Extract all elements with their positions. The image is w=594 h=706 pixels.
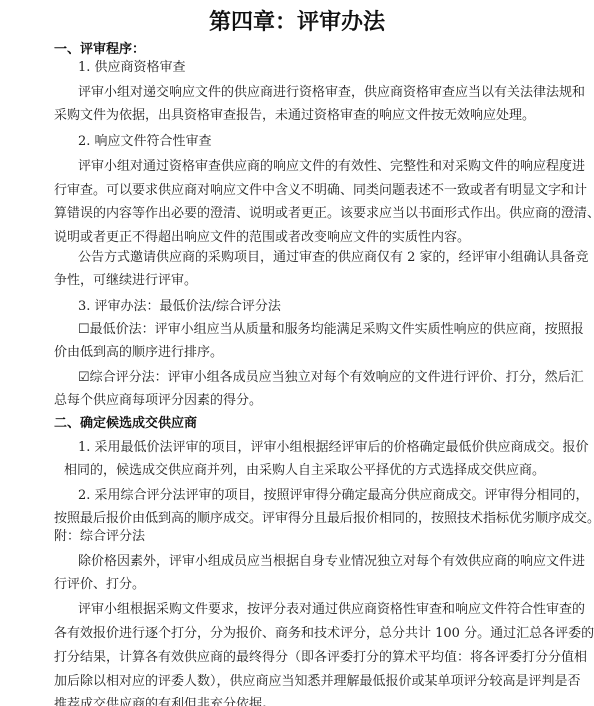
text-line: 3. 评审办法：最低价法/综合评分法 <box>78 299 281 315</box>
text-line: 价由低到高的顺序进行排序。 <box>54 345 223 361</box>
text-line: 算错误的内容等作出必要的澄清、说明或者更正。该要求应当以书面形式作出。供应商的澄… <box>54 206 530 222</box>
text-line: 2. 响应文件符合性审查 <box>78 134 212 150</box>
text-line: 说明或者更正不得超出响应文件的范围或者改变响应文件的实质性内容。 <box>54 230 470 246</box>
text-line: 除价格因素外，评审小组成员应当根据自身专业情况独立对每个有效供应商的响应文件进 <box>78 554 530 570</box>
text-line: 各有效报价进行逐个打分，分为报价、商务和技术评分，总分共计 100 分。通过汇总… <box>54 626 530 642</box>
text-line: 评审小组对递交响应文件的供应商进行资格审查，供应商资格审查应当以有关法律法规和 <box>78 85 530 101</box>
text-line: 评审小组根据采购文件要求，按评分表对通过供应商资格性审查和响应文件符合性审查的 <box>78 602 530 618</box>
section-heading: 一、评审程序： <box>54 42 145 58</box>
text-line: 附：综合评分法 <box>54 529 145 545</box>
section-heading: 二、确定候选成交供应商 <box>54 416 197 432</box>
text-line: 加后除以相对应的评委人数），供应商应当知悉并理解最低报价或某单项评分较高是评判是… <box>54 674 530 690</box>
text-line: 相同的，候选成交供应商并列，由采购人自主采取公平择优的方式选择成交供应商。 <box>64 463 545 479</box>
text-line: 打分结果，计算各有效供应商的最终得分（即各评委打分的算术平均值：将各评委打分分值… <box>54 650 530 666</box>
text-line: 行审查。可以要求供应商对响应文件中含义不明确、同类问题表述不一致或者有明显文字和… <box>54 183 530 199</box>
text-line: 推荐成交供应商的有利但非充分依据。 <box>54 697 275 706</box>
text-line: 评审小组对通过资格审查供应商的响应文件的有效性、完整性和对采购文件的响应程度进 <box>78 159 530 175</box>
page-title: 第四章：评审办法 <box>0 8 594 36</box>
text-line: 公告方式邀请供应商的采购项目，通过审查的供应商仅有 2 家的，经评审小组确认具备… <box>78 250 530 266</box>
text-line: ☑综合评分法：评审小组各成员应当独立对每个有效响应的文件进行评价、打分，然后汇 <box>78 370 530 386</box>
text-line: 采购文件为依据，出具资格审查报告，未通过资格审查的响应文件按无效响应处理。 <box>54 108 535 124</box>
text-line: 行评价、打分。 <box>54 577 145 593</box>
text-line: 总每个供应商每项评分因素的得分。 <box>54 393 262 409</box>
text-line: 争性，可继续进行评审。 <box>54 273 197 289</box>
text-line: 1. 采用最低价法评审的项目，评审小组根据经评审后的价格确定最低价供应商成交。报… <box>78 440 530 456</box>
text-line: ☐最低价法：评审小组应当从质量和服务均能满足采购文件实质性响应的供应商，按照报 <box>78 322 530 338</box>
text-line: 2. 采用综合评分法评审的项目，按照评审得分确定最高分供应商成交。评审得分相同的… <box>78 488 530 504</box>
text-line: 1. 供应商资格审查 <box>78 60 186 76</box>
text-line: 按照最后报价由低到高的顺序成交。评审得分且最后报价相同的，按照技术指标优劣顺序成… <box>54 511 530 527</box>
